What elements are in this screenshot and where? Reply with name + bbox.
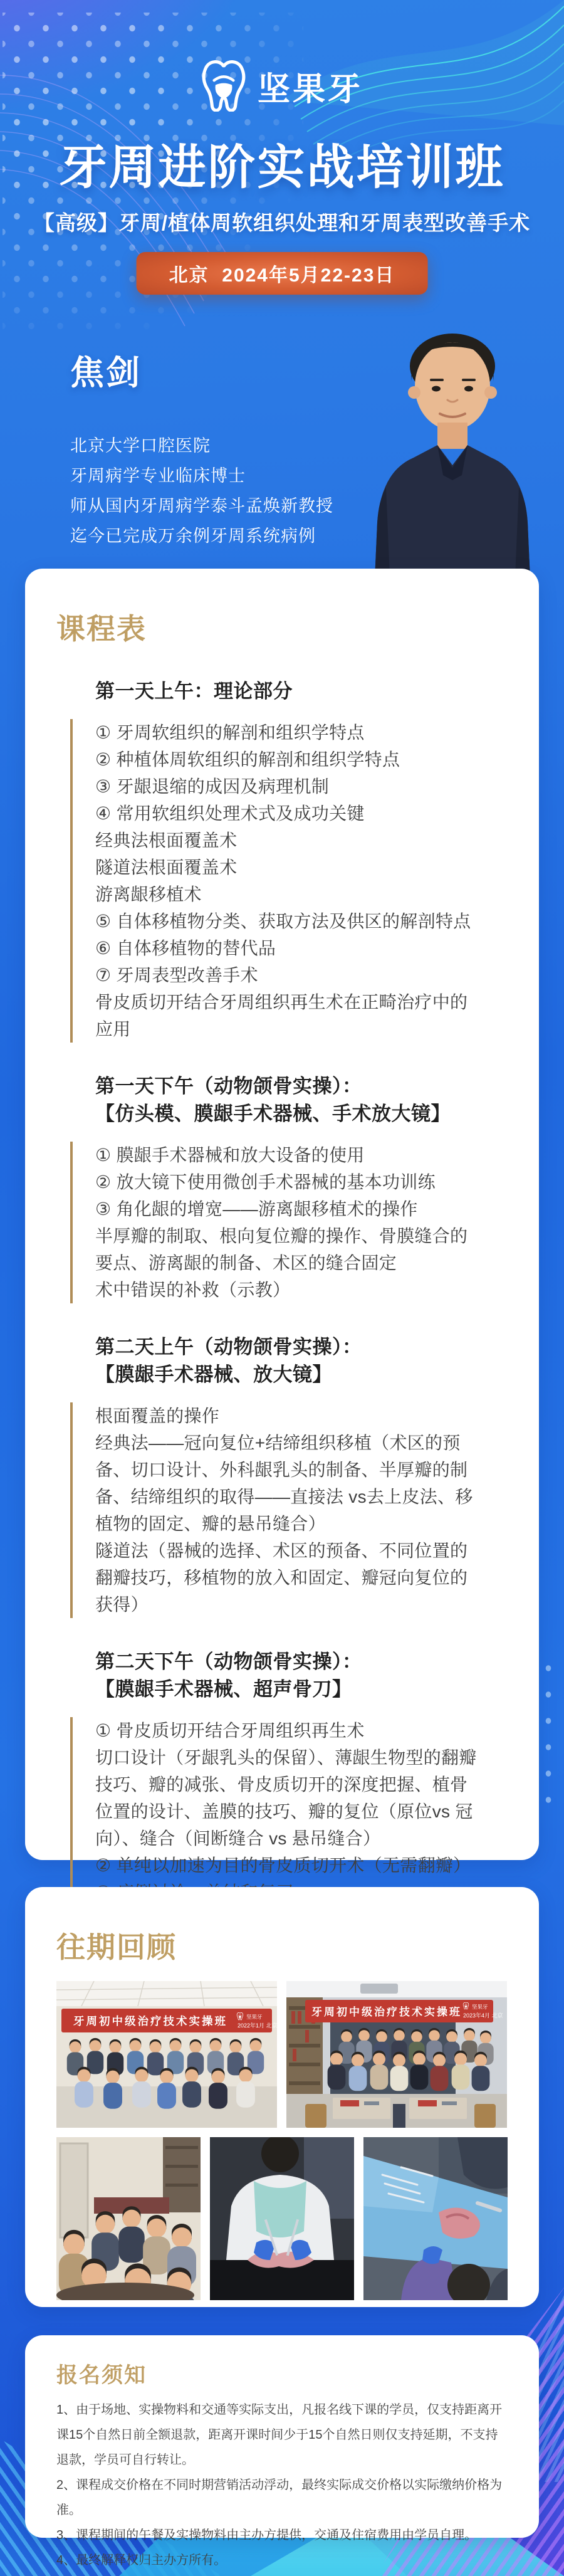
speaker-info: 焦剑 北京大学口腔医院 牙周病学专业临床博士 师从国内牙周病学泰斗孟焕新教授 迄… — [70, 346, 358, 551]
list-item: ① 牙周软组织的解剖和组织学特点 — [95, 719, 483, 746]
section-title-line: 【膜龈手术器械、超声骨刀】 — [95, 1676, 508, 1703]
list-item: 半厚瓣的制取、根向复位瓣的操作、骨膜缝合的要点、游离龈的制备、术区的缝合固定 — [95, 1222, 483, 1276]
photo-practice-crowd — [56, 2137, 201, 2300]
page-title: 牙周进阶实战培训班 — [0, 129, 564, 197]
photo-banner-date: 2023年4月 北京 — [463, 2012, 503, 2019]
list-item: 根面覆盖的操作 — [95, 1402, 483, 1429]
list-item: 隧道法根面覆盖术 — [95, 854, 483, 881]
section-item-list: 根面覆盖的操作 经典法——冠向复位+结缔组织移植（术区的预备、切口设计、外科龈乳… — [70, 1402, 483, 1618]
speaker-name: 焦剑 — [70, 346, 358, 394]
section-title-line: 【膜龈手术器械、放大镜】 — [95, 1361, 508, 1389]
list-item: 经典法——冠向复位+结缔组织移植（术区的预备、切口设计、外科龈乳头的制备、半厚瓣… — [95, 1429, 483, 1537]
section-title: 第一天下午（动物颌骨实操）： 【仿头模、膜龈手术器械、手术放大镜】 — [95, 1073, 508, 1128]
list-item: 隧道法（器械的选择、术区的预备、不同位置的翻瓣技巧，移植物的放入和固定、瓣冠向复… — [95, 1537, 483, 1618]
list-item: ② 放大镜下使用微创手术器械的基本功训练 — [95, 1169, 483, 1196]
list-item: ① 骨皮质切开结合牙周组织再生术 — [95, 1717, 483, 1744]
notice-item: 2、课程成交价格在不同时期营销活动浮动，最终实际成交价格以实际缴纳价格为准。 — [56, 2473, 508, 2523]
schedule-section-day2-morning: 第二天上午（动物颌骨实操）： 【膜龈手术器械、放大镜】 根面覆盖的操作 经典法—… — [56, 1333, 508, 1618]
event-poster: 坚果牙 牙周进阶实战培训班 【高级】牙周/植体周软组织处理和牙周表型改善手术 北… — [0, 0, 564, 2576]
photo-banner-text: 牙周初中级治疗技术实操班 — [73, 2015, 227, 2027]
list-item: 游离龈移植术 — [95, 881, 483, 908]
schedule-card: 课程表 第一天上午：理论部分 ① 牙周软组织的解剖和组织学特点 ② 种植体周软组… — [25, 569, 539, 1860]
speaker-credentials: 北京大学口腔医院 牙周病学专业临床博士 师从国内牙周病学泰斗孟焕新教授 迄今已完… — [70, 431, 358, 551]
list-item: ⑤ 自体移植物分类、获取方法及供区的解剖特点 — [95, 908, 483, 935]
date-location-badge: 北京 2024年5月22-23日 — [137, 252, 428, 295]
notice-heading: 报名须知 — [56, 2358, 508, 2389]
photo-banner-brand: 坚果牙 — [472, 2004, 488, 2010]
photo-instrument-table — [363, 2137, 508, 2300]
section-title-line: 【仿头模、膜龈手术器械、手术放大镜】 — [95, 1100, 508, 1128]
photo-banner-date: 2022年1月 北京 — [238, 2022, 277, 2029]
page-subtitle: 【高级】牙周/植体周软组织处理和牙周表型改善手术 — [0, 207, 564, 236]
speaker-credential: 师从国内牙周病学泰斗孟焕新教授 — [70, 491, 358, 521]
list-item: 骨皮质切开结合牙周组织再生术在正畸治疗中的应用 — [95, 989, 483, 1043]
schedule-heading: 课程表 — [56, 606, 508, 648]
list-item: ④ 常用软组织处理术式及成功关键 — [95, 800, 483, 827]
section-title-line: 第二天上午（动物颌骨实操）： — [95, 1333, 508, 1361]
notice-item: 4、最终解释权归主办方所有。 — [56, 2548, 508, 2573]
section-title: 第二天下午（动物颌骨实操）： 【膜龈手术器械、超声骨刀】 — [95, 1648, 508, 1703]
notice-item: 3、课程期间的午餐及实操物料由主办方提供，交通及住宿费用由学员自理。 — [56, 2523, 508, 2548]
notice-item: 1、由于场地、实操物料和交通等实际支出，凡报名线下课的学员，仅支持距离开课15个… — [56, 2397, 508, 2473]
list-item: ⑥ 自体移植物的替代品 — [95, 935, 483, 962]
list-item: ③ 角化龈的增宽——游离龈移植术的操作 — [95, 1196, 483, 1222]
past-review-card: 往期回顾 牙周初中级治疗技术实操班 坚果牙 2022年1月 北京 — [25, 1887, 539, 2307]
list-item: 切口设计（牙龈乳头的保留）、薄龈生物型的翻瓣技巧、瓣的减张、骨皮质切开的深度把握… — [95, 1744, 483, 1852]
photo-group-2023: 牙周初中级治疗技术实操班 坚果牙 2023年4月 北京 — [286, 1981, 507, 2128]
tooth-logo-icon — [201, 60, 246, 112]
section-title: 第二天上午（动物颌骨实操）： 【膜龈手术器械、放大镜】 — [95, 1333, 508, 1389]
speaker-photo — [341, 312, 560, 607]
list-item: ② 种植体周软组织的解剖和组织学特点 — [95, 746, 483, 773]
list-item: 术中错误的补救（示教） — [95, 1276, 483, 1303]
review-photo-grid: 牙周初中级治疗技术实操班 坚果牙 2022年1月 北京 — [56, 1981, 508, 2300]
photo-banner-text: 牙周初中级治疗技术实操班 — [311, 2006, 462, 2018]
list-item: ② 单纯以加速为目的骨皮质切开术（无需翻瓣） — [95, 1852, 483, 1879]
speaker-credential: 北京大学口腔医院 — [70, 431, 358, 461]
photo-banner-brand: 坚果牙 — [246, 2014, 263, 2020]
registration-notice-card: 报名须知 1、由于场地、实操物料和交通等实际支出，凡报名线下课的学员，仅支持距离… — [25, 2335, 539, 2538]
section-item-list: ① 牙周软组织的解剖和组织学特点 ② 种植体周软组织的解剖和组织学特点 ③ 牙龈… — [70, 719, 483, 1043]
list-item: ③ 牙龈退缩的成因及病理机制 — [95, 773, 483, 800]
schedule-section-day1-morning: 第一天上午：理论部分 ① 牙周软组织的解剖和组织学特点 ② 种植体周软组织的解剖… — [56, 678, 508, 1043]
brand-name: 坚果牙 — [258, 63, 363, 110]
photo-demo-operator — [210, 2137, 354, 2300]
section-item-list: ① 膜龈手术器械和放大设备的使用 ② 放大镜下使用微创手术器械的基本功训练 ③ … — [70, 1142, 483, 1303]
speaker-credential: 迄今已完成万余例牙周系统病例 — [70, 521, 358, 551]
list-item: ① 膜龈手术器械和放大设备的使用 — [95, 1142, 483, 1169]
section-title-line: 第二天下午（动物颌骨实操）： — [95, 1648, 508, 1676]
section-title: 第一天上午：理论部分 — [95, 678, 508, 705]
schedule-section-day2-afternoon: 第二天下午（动物颌骨实操）： 【膜龈手术器械、超声骨刀】 ① 骨皮质切开结合牙周… — [56, 1648, 508, 1906]
review-heading: 往期回顾 — [56, 1925, 508, 1966]
speaker-credential: 牙周病学专业临床博士 — [70, 461, 358, 491]
schedule-section-day1-afternoon: 第一天下午（动物颌骨实操）： 【仿头模、膜龈手术器械、手术放大镜】 ① 膜龈手术… — [56, 1073, 508, 1303]
brand-header: 坚果牙 — [0, 60, 564, 112]
photo-group-2022: 牙周初中级治疗技术实操班 坚果牙 2022年1月 北京 — [56, 1981, 277, 2128]
section-title-line: 第一天下午（动物颌骨实操）： — [95, 1073, 508, 1100]
list-item: ⑦ 牙周表型改善手术 — [95, 962, 483, 989]
list-item: 经典法根面覆盖术 — [95, 827, 483, 854]
section-item-list: ① 骨皮质切开结合牙周组织再生术 切口设计（牙龈乳头的保留）、薄龈生物型的翻瓣技… — [70, 1717, 483, 1906]
notice-list: 1、由于场地、实操物料和交通等实际支出，凡报名线下课的学员，仅支持距离开课15个… — [56, 2397, 508, 2573]
